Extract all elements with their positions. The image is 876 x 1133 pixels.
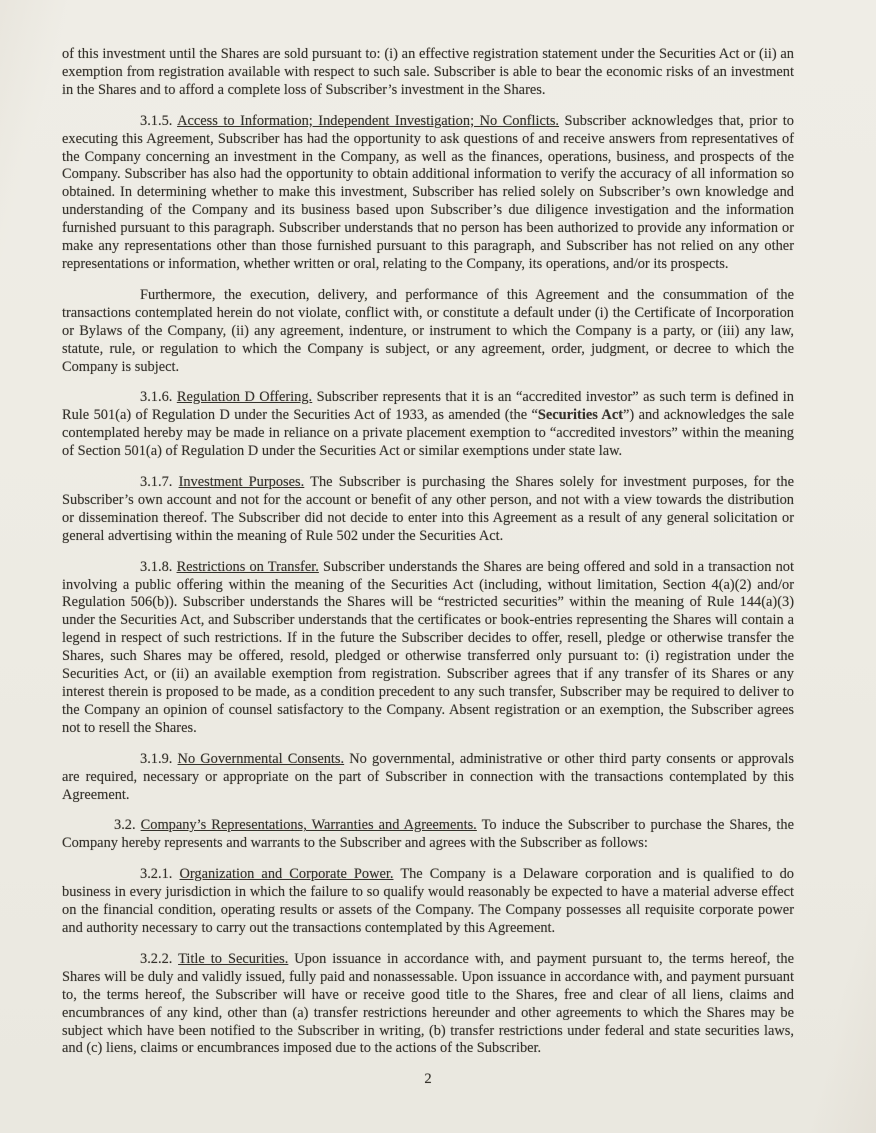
page-number: 2 (62, 1071, 794, 1088)
paragraph-continuation: of this investment until the Shares are … (62, 46, 794, 100)
section-heading: Access to Information; Independent Inves… (177, 113, 559, 129)
section-number: 3.1.9. (140, 751, 172, 767)
section-heading: No Governmental Consents. (178, 751, 345, 767)
section-body: Subscriber acknowledges that, prior to e… (62, 113, 794, 272)
section-heading: Organization and Corporate Power. (179, 866, 393, 882)
section-3-1-6: 3.1.6. Regulation D Offering. Subscriber… (62, 389, 794, 461)
section-heading: Company’s Representations, Warranties an… (141, 817, 477, 833)
section-3-1-9: 3.1.9. No Governmental Consents. No gove… (62, 751, 794, 805)
section-number: 3.1.8. (140, 559, 172, 575)
section-body: Subscriber understands the Shares are be… (62, 559, 794, 736)
defined-term-securities-act: Securities Act (538, 407, 623, 423)
paragraph-text: of this investment until the Shares are … (62, 46, 794, 98)
section-number: 3.1.7. (140, 474, 172, 490)
section-heading: Title to Securities. (178, 951, 288, 967)
section-3-1-7: 3.1.7. Investment Purposes. The Subscrib… (62, 474, 794, 546)
document-page: of this investment until the Shares are … (0, 0, 876, 1133)
section-number: 3.1.6. (140, 389, 172, 405)
section-body: The Company is a Delaware corporation an… (62, 866, 794, 936)
section-number: 3.2.1. (140, 866, 172, 882)
paragraph-furthermore: Furthermore, the execution, delivery, an… (62, 287, 794, 377)
paragraph-text: Furthermore, the execution, delivery, an… (62, 287, 794, 375)
section-body: No governmental, administrative or other… (62, 751, 794, 803)
section-heading: Restrictions on Transfer. (177, 559, 319, 575)
section-heading: Regulation D Offering. (177, 389, 312, 405)
section-number: 3.2.2. (140, 951, 172, 967)
section-3-2: 3.2. Company’s Representations, Warranti… (62, 817, 794, 853)
section-body: Upon issuance in accordance with, and pa… (62, 951, 794, 1057)
section-3-2-2: 3.2.2. Title to Securities. Upon issuanc… (62, 951, 794, 1058)
section-3-1-5: 3.1.5. Access to Information; Independen… (62, 113, 794, 274)
section-body: The Subscriber is purchasing the Shares … (62, 474, 794, 544)
section-3-2-1: 3.2.1. Organization and Corporate Power.… (62, 866, 794, 938)
section-heading: Investment Purposes. (179, 474, 305, 490)
section-3-1-8: 3.1.8. Restrictions on Transfer. Subscri… (62, 559, 794, 738)
section-number: 3.2. (114, 817, 136, 833)
section-number: 3.1.5. (140, 113, 172, 129)
